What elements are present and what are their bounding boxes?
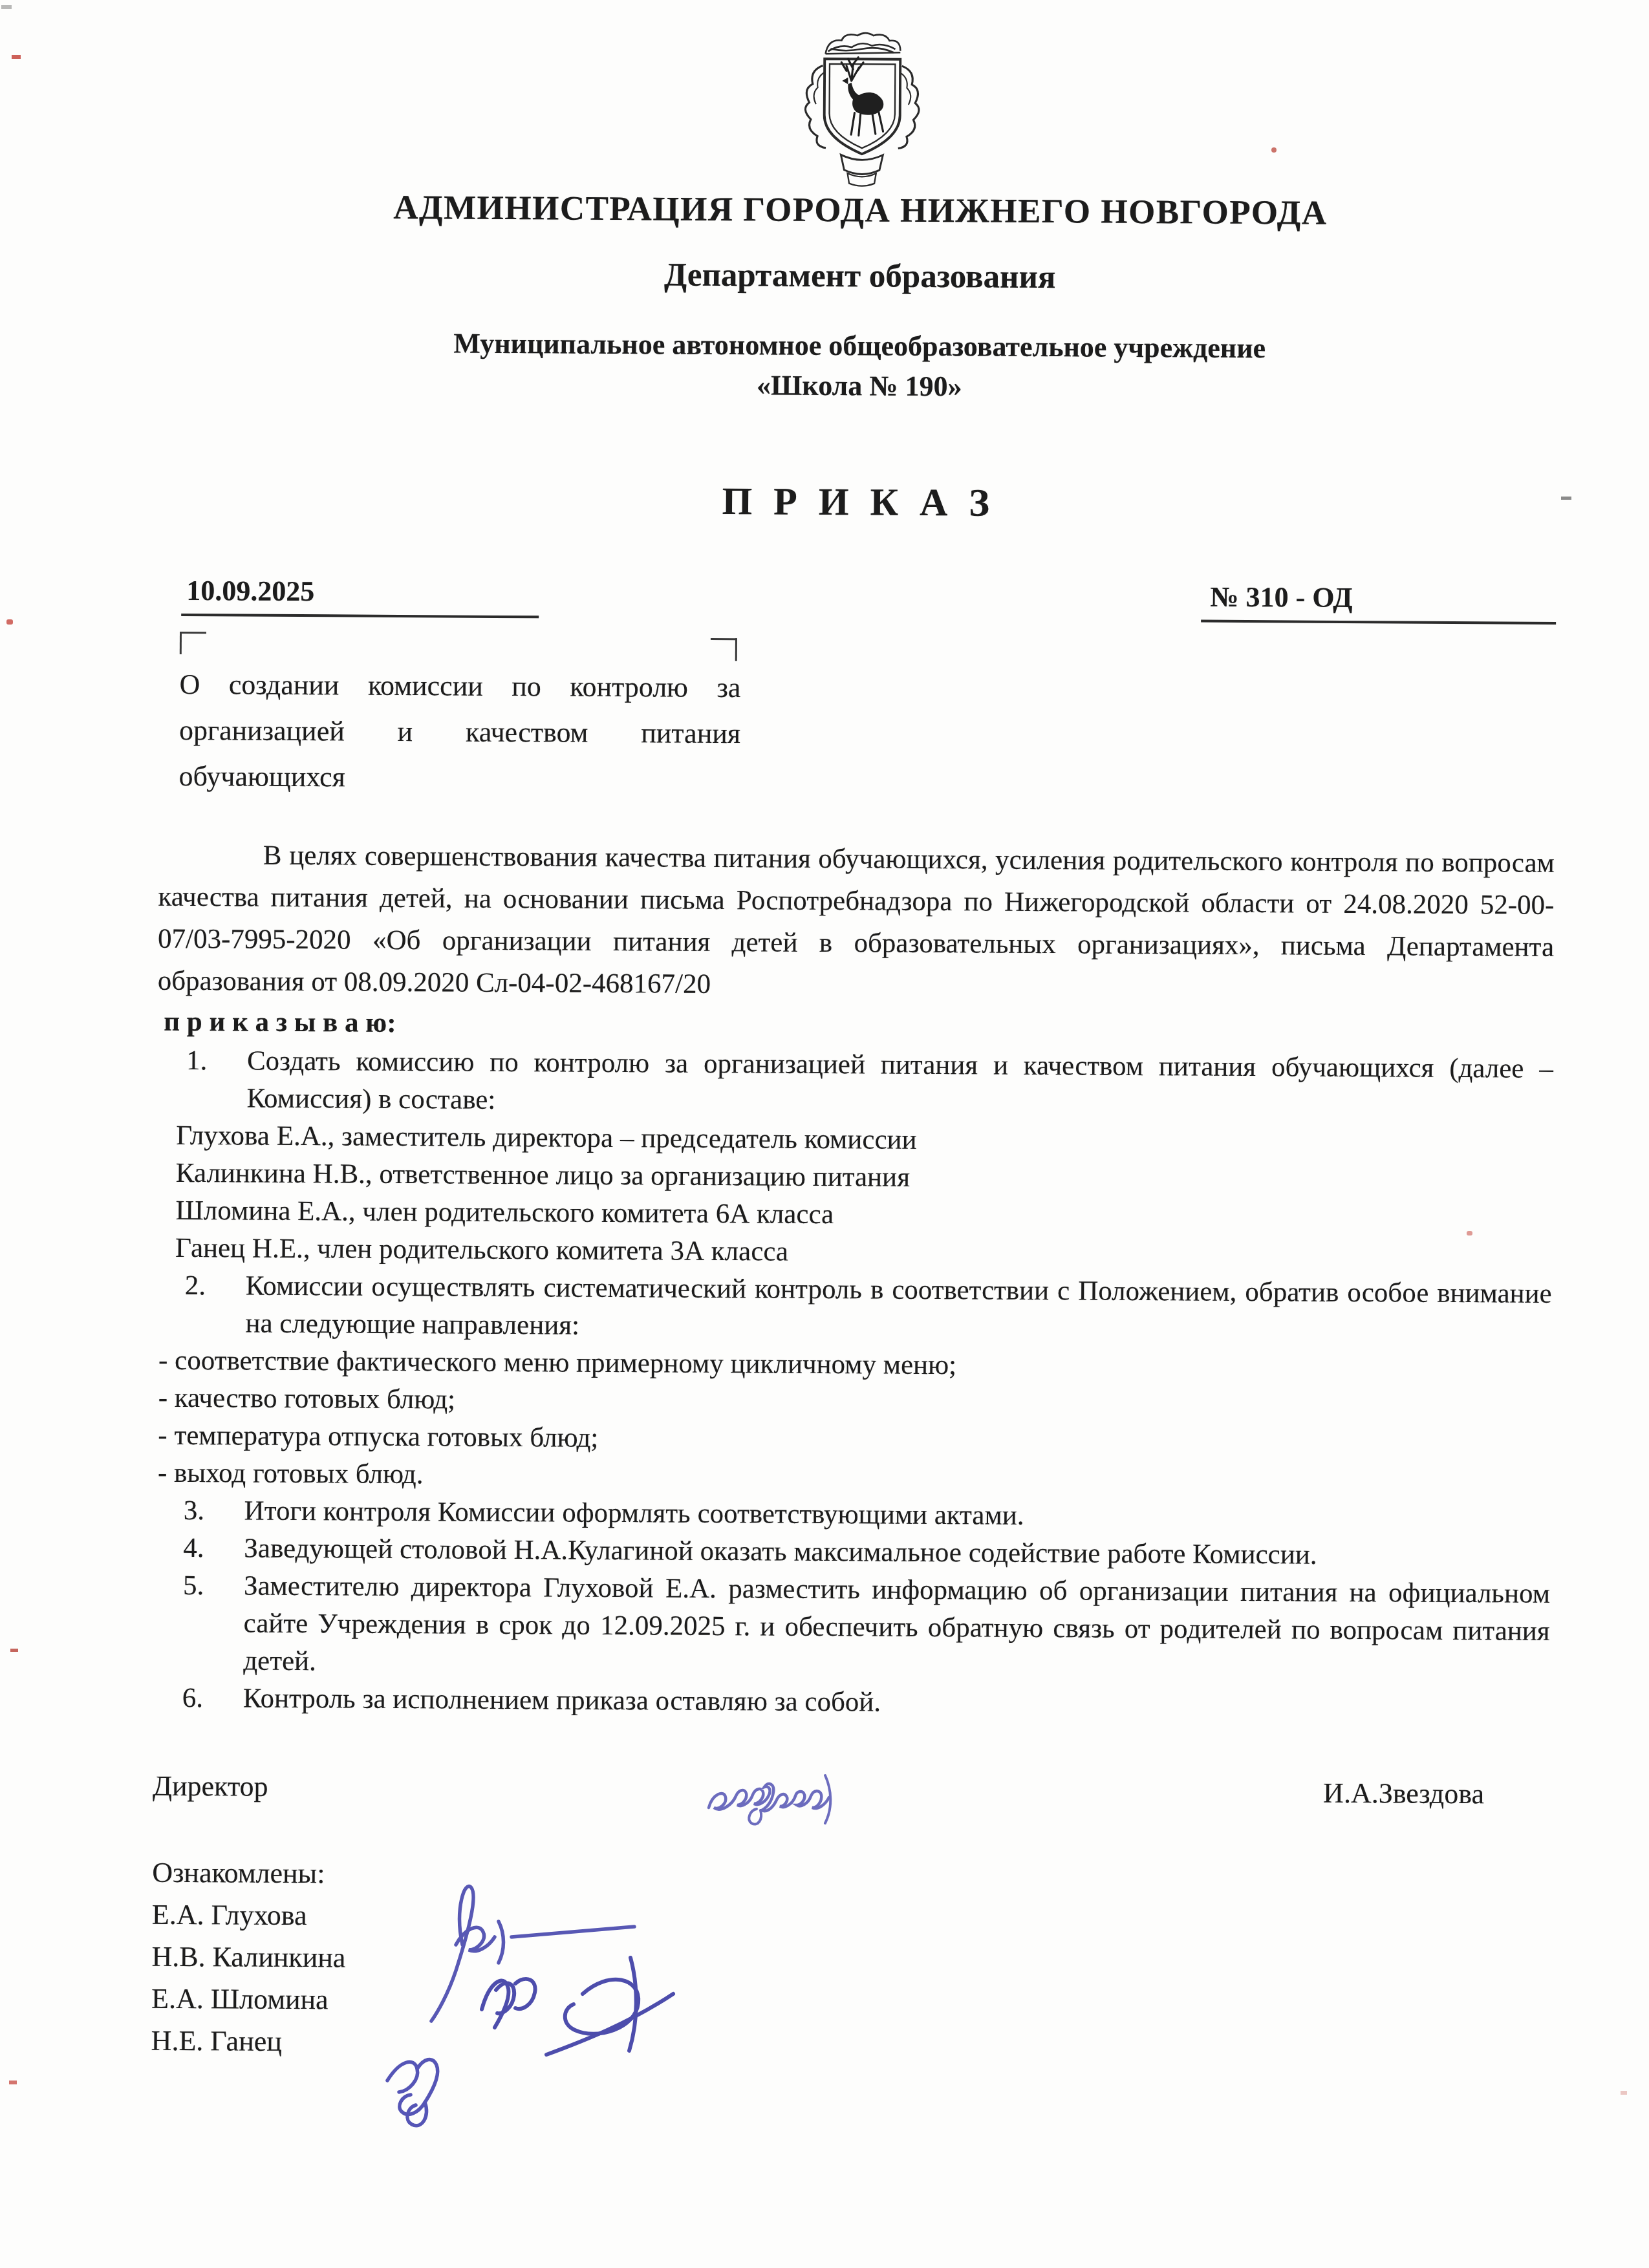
org-name-department: Департамент образования [162,255,1558,298]
scan-artifact [1561,497,1571,500]
item-number: 5. [153,1567,244,1680]
org-name-institution: Муниципальное автономное общеобразовател… [162,326,1558,367]
subject-line: организацией и качеством питания [179,707,740,756]
subject-line: О создании комиссии по контролю за [179,661,740,711]
order-item: 2. Комиссии осуществлять систематический… [155,1267,1552,1351]
order-date: 10.09.2025 [181,574,539,618]
scanned-order-page: АДМИНИСТРАЦИЯ ГОРОДА НИЖНЕГО НОВГОРОДА Д… [0,0,1649,2268]
scan-artifact [1621,2091,1627,2095]
scan-artifact [1271,147,1277,153]
scan-artifact [12,55,21,59]
crop-mark-right-icon [711,638,737,661]
scan-artifact [10,1649,18,1652]
subject-line: обучающихся [178,753,740,802]
document-title: П Р И К А З [160,477,1557,527]
item-number: 1. [156,1042,247,1118]
order-subject: О создании комиссии по контролю заоргани… [178,661,740,802]
scan-artifact [1,5,12,9]
scan-artifact [9,2081,17,2084]
order-item: 6. Контроль за исполнением приказа остав… [153,1680,1549,1726]
org-name-school: «Школа № 190» [161,366,1557,407]
item-number: 2. [155,1267,246,1343]
coat-of-arms [162,25,1559,196]
date-number-row: 10.09.2025 № 310 - ОД [160,574,1556,625]
crop-mark-left-icon [180,632,206,654]
item-text: Заместителю директора Глуховой Е.А. разм… [243,1568,1550,1688]
coat-of-arms-deer-icon [777,28,946,191]
director-signature [698,1753,918,1837]
order-items: 1. Создать комиссию по контролю за орган… [153,1042,1553,1726]
acknowledgement-signatures [352,1867,766,2139]
scan-artifact [6,619,13,625]
item-number: 4. [154,1530,244,1568]
scan-artifact [1467,1231,1472,1236]
item-number: 3. [155,1492,244,1530]
order-item: 1. Создать комиссию по контролю за орган… [156,1042,1553,1126]
item-number: 6. [153,1680,243,1718]
item-text: Создать комиссию по контролю за организа… [246,1043,1553,1126]
org-name-administration: АДМИНИСТРАЦИЯ ГОРОДА НИЖНЕГО НОВГОРОДА [162,187,1558,233]
order-item: 5. Заместителю директора Глуховой Е.А. р… [153,1567,1550,1688]
signature-role: Директор [153,1770,268,1803]
item-text: Контроль за исполнением приказа оставляю… [243,1680,1549,1726]
item-text: Комиссии осуществлять систематический ко… [245,1268,1552,1351]
signature-name: И.А.Звездова [1323,1777,1484,1811]
preamble: В целях совершенствования качества питан… [158,834,1555,1011]
order-number: № 310 - ОД [1201,581,1556,625]
